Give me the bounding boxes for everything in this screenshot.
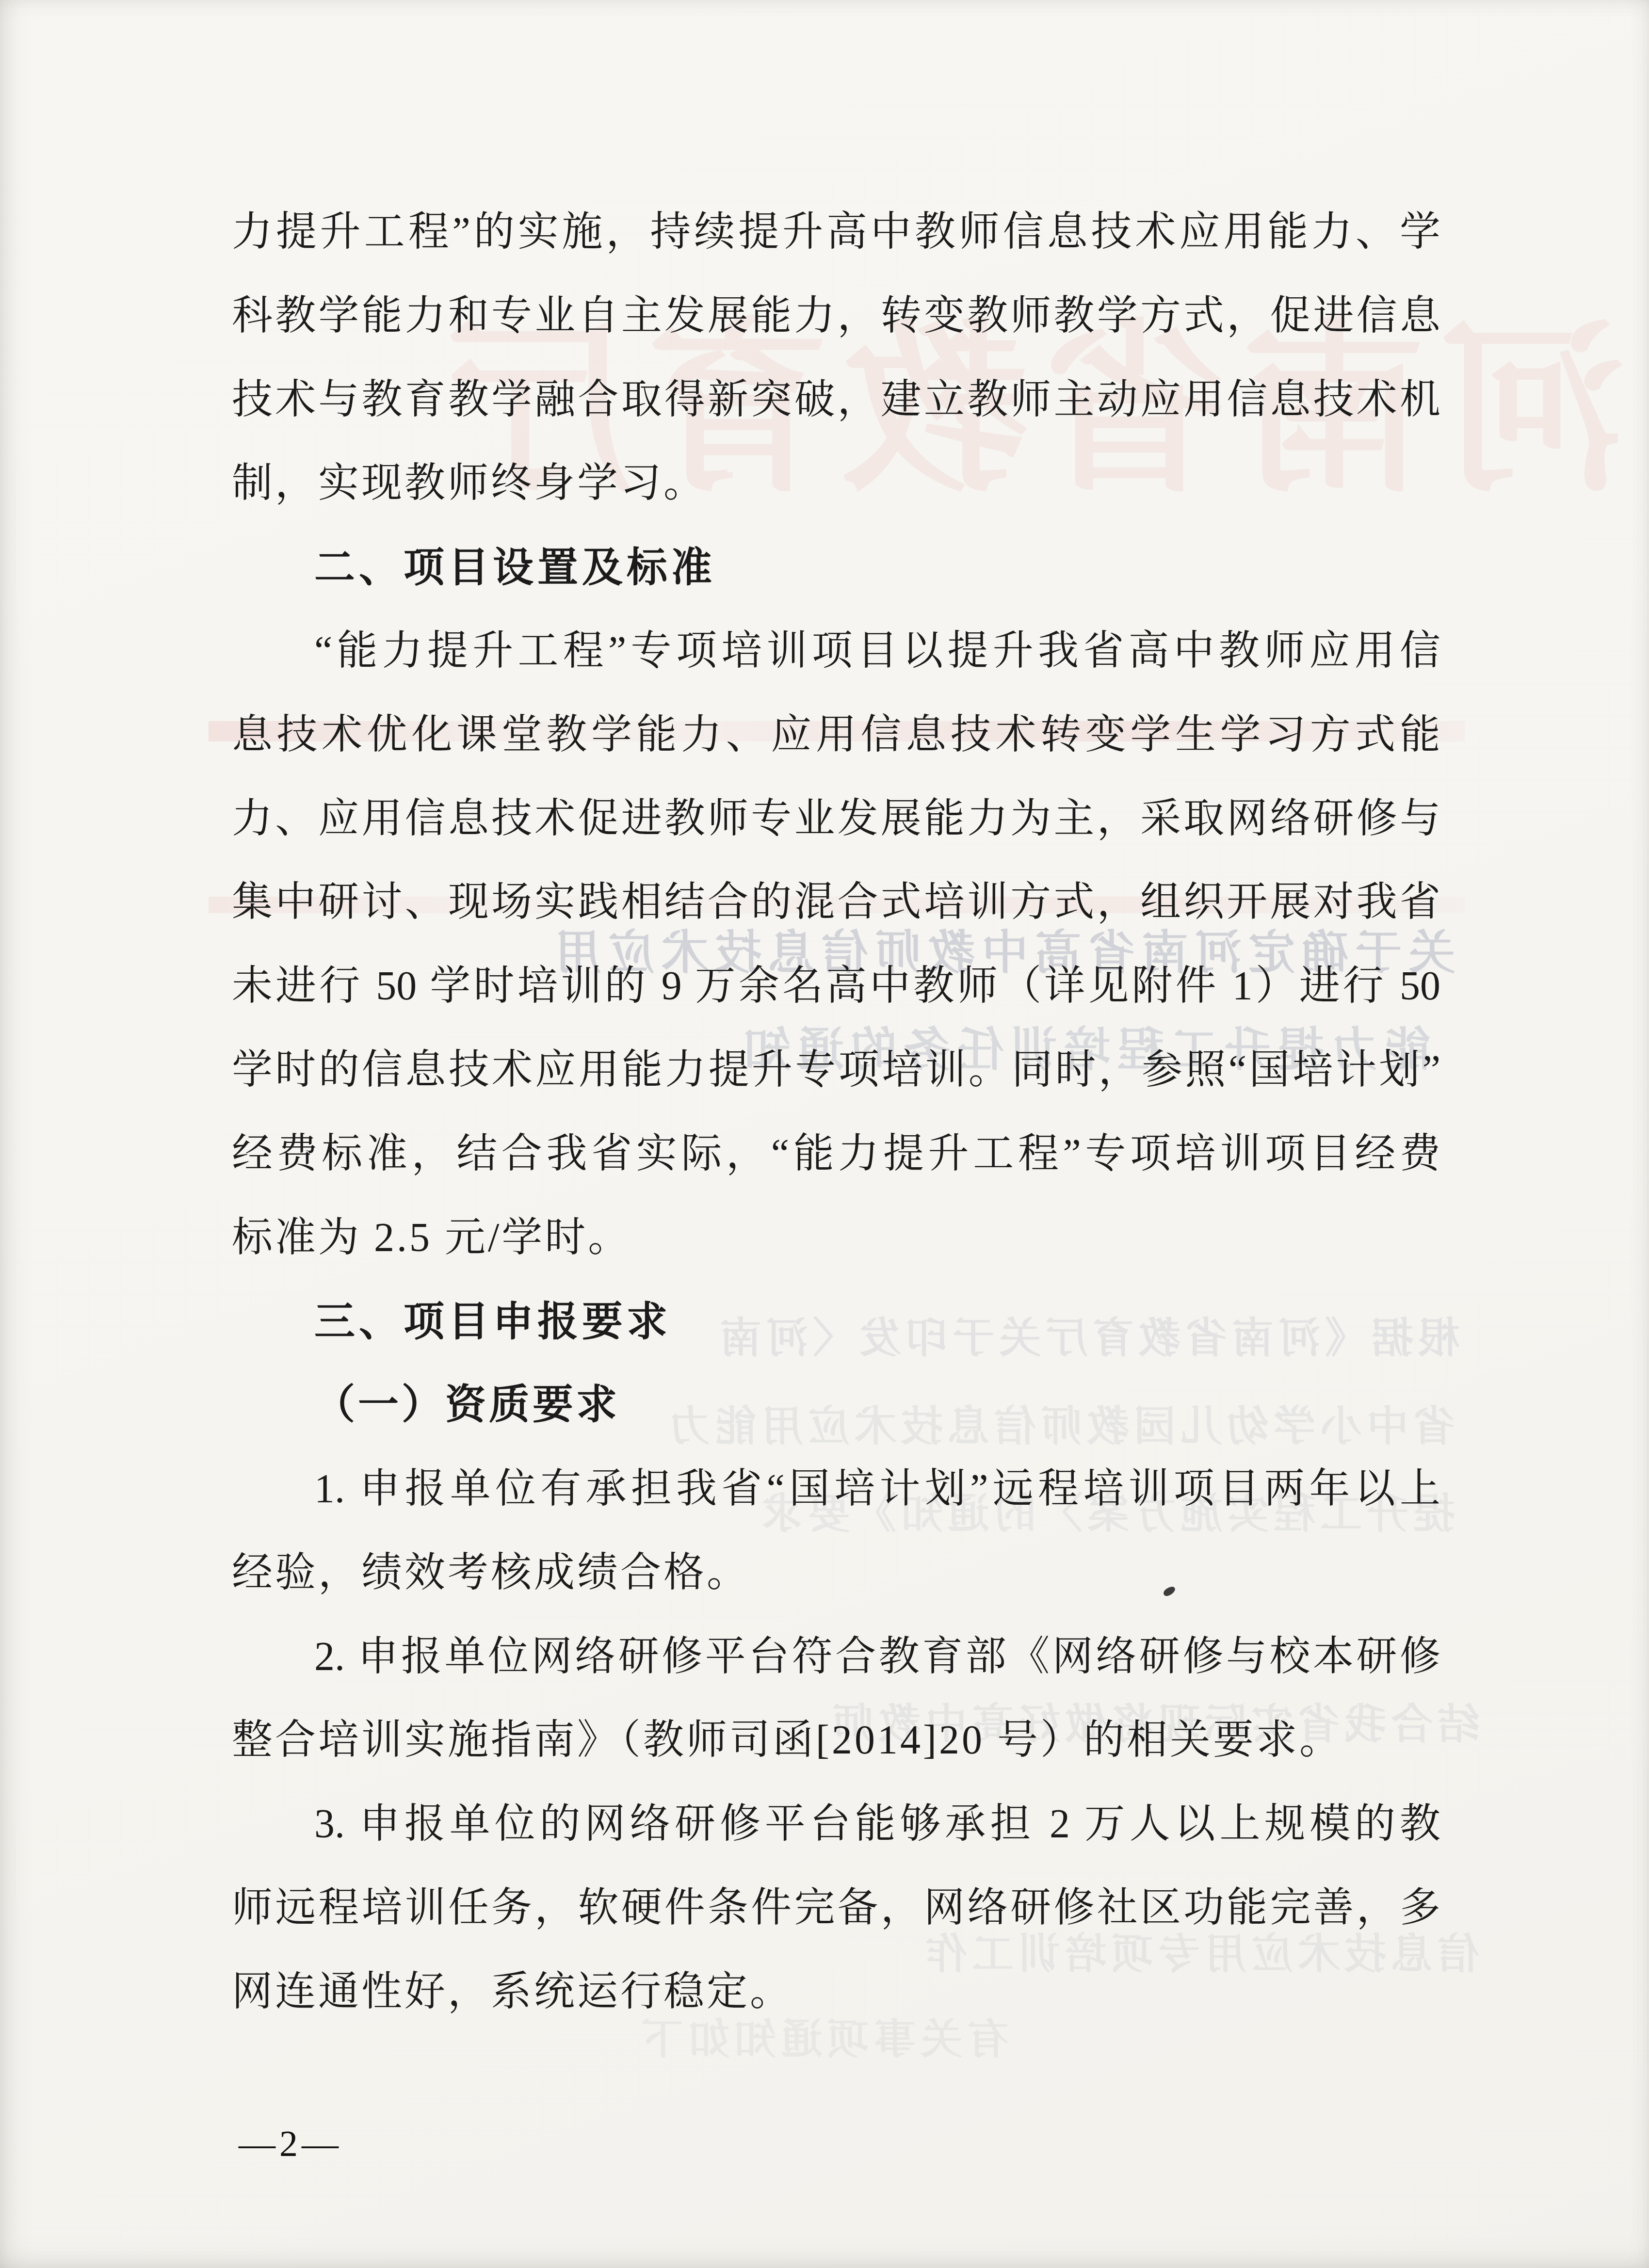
text-line: 集中研讨、现场实践相结合的混合式培训方式，组织开展对我省	[232, 878, 1440, 927]
text-line: 制，实现教师终身学习。	[232, 459, 1440, 508]
text-line: 技术与教育教学融合取得新突破，建立教师主动应用信息技术机	[232, 375, 1440, 425]
document-page: 河南省教育厅文件关于确定河南省高中教师信息技术应用能力提升工程培训任务的通知根据…	[0, 0, 1649, 2268]
text-line: 2. 申报单位网络研修平台符合教育部《网络研修与校本研修	[232, 1632, 1440, 1682]
text-line: 3. 申报单位的网络研修平台能够承担 2 万人以上规模的教	[232, 1800, 1440, 1849]
text-line: 力、应用信息技术促进教师专业发展能力为主，采取网络研修与	[232, 794, 1440, 844]
text-line: 科教学能力和专业自主发展能力，转变教师教学方式，促进信息	[232, 291, 1440, 341]
text-line: 网连通性好，系统运行稳定。	[232, 1967, 1440, 2017]
text-line: 师远程培训任务，软硬件条件完备，网络研修社区功能完善，多	[232, 1883, 1440, 1933]
text-line: 经费标准，结合我省实际，“能力提升工程”专项培训项目经费	[232, 1129, 1440, 1179]
text-line: 经验，绩效考核成绩合格。	[232, 1548, 1440, 1598]
text-line: 学时的信息技术应用能力提升专项培训。同时，参照“国培计划”	[232, 1046, 1440, 1095]
section-heading: 三、项目申报要求	[232, 1297, 1440, 1346]
text-line: 1. 申报单位有承担我省“国培计划”远程培训项目两年以上	[232, 1464, 1440, 1514]
section-heading: 二、项目设置及标准	[232, 543, 1440, 592]
text-line: 息技术优化课堂教学能力、应用信息技术转变学生学习方式能	[232, 710, 1440, 760]
page-number: —2—	[239, 2123, 342, 2165]
text-line: 整合培训实施指南》（教师司函[2014]20 号）的相关要求。	[232, 1716, 1440, 1765]
text-line: 未进行 50 学时培训的 9 万余名高中教师（详见附件 1）进行 50	[232, 962, 1440, 1011]
text-line: 力提升工程”的实施，持续提升高中教师信息技术应用能力、学	[232, 208, 1440, 257]
text-line: 标准为 2.5 元/学时。	[232, 1213, 1440, 1263]
text-line: “能力提升工程”专项培训项目以提升我省高中教师应用信	[232, 627, 1440, 676]
section-heading: （一）资质要求	[232, 1381, 1440, 1430]
